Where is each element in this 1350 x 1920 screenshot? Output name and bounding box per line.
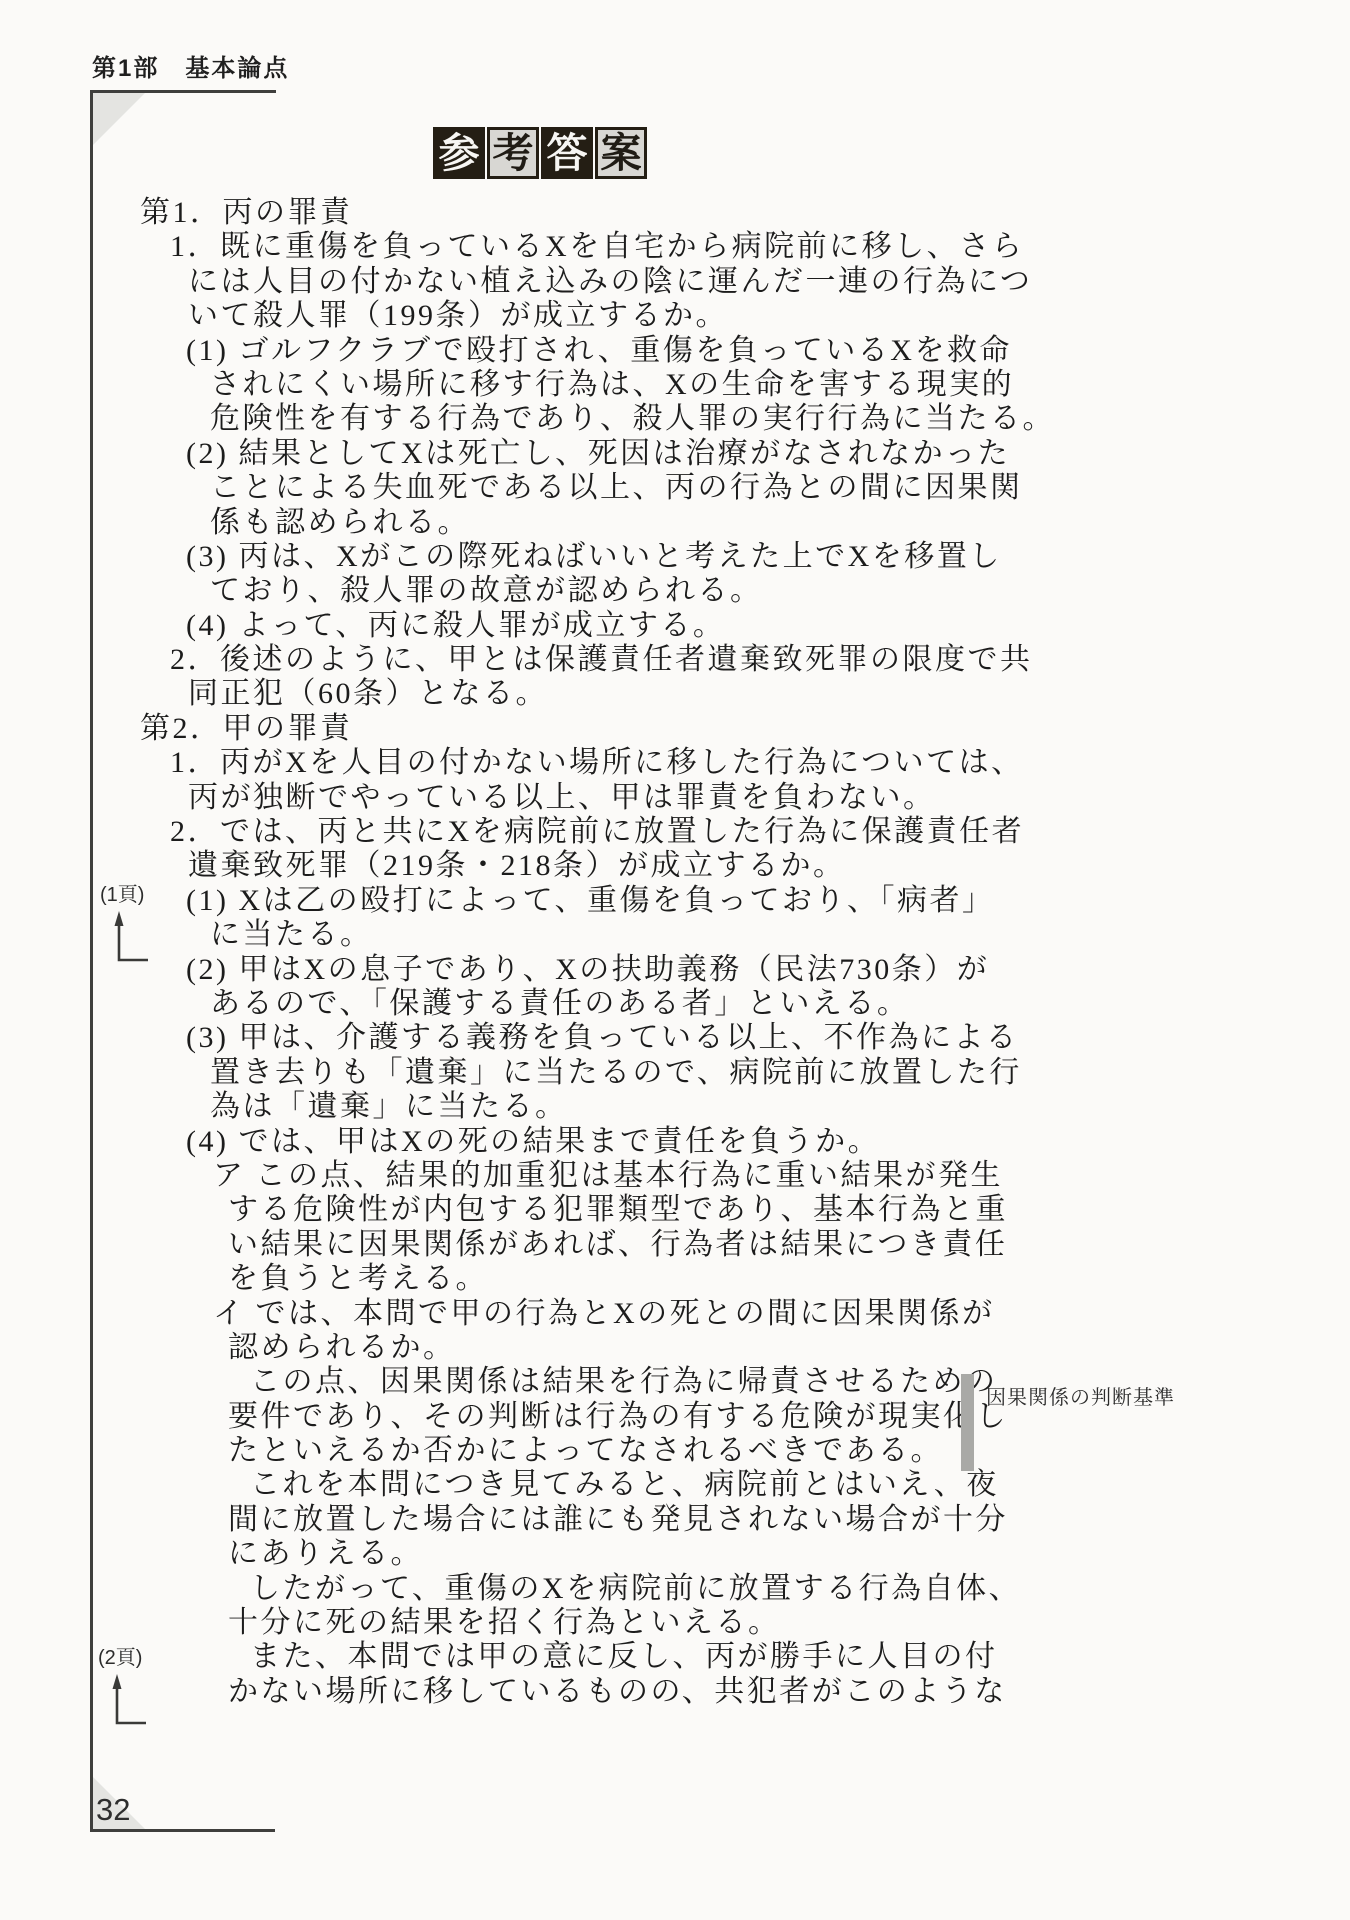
answer-line: に当たる。 bbox=[210, 918, 1100, 952]
answer-line: にありえる。 bbox=[228, 1537, 1100, 1571]
answer-line: 1．既に重傷を負っているXを自宅から病院前に移し、さら bbox=[170, 230, 1100, 264]
answer-line: (4) では、甲はXの死の結果まで責任を負うか。 bbox=[186, 1125, 1100, 1159]
answer-line: (1) ゴルフクラブで殴打され、重傷を負っているXを救命 bbox=[186, 334, 1100, 368]
answer-line: あるので、「保護する責任のある者」といえる。 bbox=[210, 987, 1100, 1021]
answer-line: イ では、本問で甲の行為とXの死との間に因果関係が bbox=[213, 1297, 1100, 1331]
side-note-bar bbox=[961, 1374, 974, 1471]
page-marker-2: (2頁) bbox=[98, 1641, 188, 1726]
running-head: 第1部 基本論点 bbox=[92, 48, 289, 83]
up-arrow-icon bbox=[114, 911, 152, 963]
page-number: 32 bbox=[96, 1792, 130, 1828]
answer-line: 遺棄致死罪（219条・218条）が成立するか。 bbox=[188, 849, 1100, 883]
answer-line: したがって、重傷のXを病院前に放置する行為自体、 bbox=[250, 1572, 1100, 1606]
answer-line: を負うと考える。 bbox=[228, 1262, 1100, 1296]
answer-line: (2) 結果としてXは死亡し、死因は治療がなされなかった bbox=[186, 437, 1100, 471]
answer-line: (3) 丙は、Xがこの際死ねばいいと考えた上でXを移置し bbox=[186, 540, 1100, 574]
page-marker-label: (2頁) bbox=[98, 1641, 188, 1670]
title-char: 答 bbox=[541, 127, 593, 179]
answer-line: 間に放置した場合には誰にも発見されない場合が十分 bbox=[228, 1503, 1100, 1537]
answer-line: ことによる失血死である以上、丙の行為との間に因果関 bbox=[210, 471, 1100, 505]
answer-line: これを本問につき見てみると、病院前とはいえ、夜 bbox=[250, 1468, 1100, 1502]
answer-line: 丙が独断でやっている以上、甲は罪責を負わない。 bbox=[188, 781, 1100, 815]
answer-line: 認められるか。 bbox=[228, 1331, 1100, 1365]
answer-line: 2．後述のように、甲とは保護責任者遺棄致死罪の限度で共 bbox=[170, 643, 1100, 677]
answer-line: ア この点、結果的加重犯は基本行為に重い結果が発生 bbox=[213, 1159, 1100, 1193]
answer-line: 係も認められる。 bbox=[210, 506, 1100, 540]
up-arrow-icon bbox=[112, 1674, 150, 1726]
answer-line: 同正犯（60条）となる。 bbox=[188, 677, 1100, 711]
answer-line: (3) 甲は、介護する義務を負っている以上、不作為による bbox=[186, 1021, 1100, 1055]
answer-line: (2) 甲はXの息子であり、Xの扶助義務（民法730条）が bbox=[186, 953, 1100, 987]
book-page: 第1部 基本論点 参考答案 第1．丙の罪責1．既に重傷を負っているXを自宅から病… bbox=[0, 0, 1350, 1920]
answer-line: い結果に因果関係があれば、行為者は結果につき責任 bbox=[228, 1228, 1100, 1262]
side-note-label: 因果関係の判断基準 bbox=[986, 1381, 1246, 1410]
answer-line: また、本問では甲の意に反し、丙が勝手に人目の付 bbox=[250, 1640, 1100, 1674]
answer-line: 第1．丙の罪責 bbox=[140, 196, 1100, 230]
left-rule bbox=[90, 90, 93, 1832]
answer-line: 置き去りも「遺棄」に当たるので、病院前に放置した行 bbox=[210, 1056, 1100, 1090]
page-marker-1: (1頁) bbox=[100, 878, 190, 963]
title-char: 参 bbox=[433, 127, 485, 179]
answer-line: ており、殺人罪の故意が認められる。 bbox=[210, 574, 1100, 608]
answer-line: いて殺人罪（199条）が成立するか。 bbox=[188, 299, 1100, 333]
answer-line: 1．丙がXを人目の付かない場所に移した行為については、 bbox=[170, 746, 1100, 780]
title-char: 案 bbox=[595, 127, 647, 179]
answer-line: には人目の付かない植え込みの陰に運んだ一連の行為につ bbox=[188, 265, 1100, 299]
bottom-rule bbox=[90, 1829, 275, 1832]
answer-line: かない場所に移しているものの、共犯者がこのような bbox=[228, 1675, 1100, 1709]
answer-line: 第2．甲の罪責 bbox=[140, 712, 1100, 746]
answer-line: 2．では、丙と共にXを病院前に放置した行為に保護責任者 bbox=[170, 815, 1100, 849]
answer-body: 第1．丙の罪責1．既に重傷を負っているXを自宅から病院前に移し、さらには人目の付… bbox=[140, 196, 1100, 1709]
page-marker-label: (1頁) bbox=[100, 878, 190, 907]
page-title-sanko-toan: 参考答案 bbox=[433, 127, 647, 179]
answer-line: (1) Xは乙の殴打によって、重傷を負っており、「病者」 bbox=[186, 884, 1100, 918]
answer-line: 為は「遺棄」に当たる。 bbox=[210, 1090, 1100, 1124]
answer-line: 十分に死の結果を招く行為といえる。 bbox=[228, 1606, 1100, 1640]
answer-line: する危険性が内包する犯罪類型であり、基本行為と重 bbox=[228, 1193, 1100, 1227]
answer-line: 危険性を有する行為であり、殺人罪の実行行為に当たる。 bbox=[210, 402, 1100, 436]
answer-line: されにくい場所に移す行為は、Xの生命を害する現実的 bbox=[210, 368, 1100, 402]
title-char: 考 bbox=[487, 127, 539, 179]
corner-triangle-top bbox=[93, 93, 145, 145]
answer-line: (4) よって、丙に殺人罪が成立する。 bbox=[186, 609, 1100, 643]
